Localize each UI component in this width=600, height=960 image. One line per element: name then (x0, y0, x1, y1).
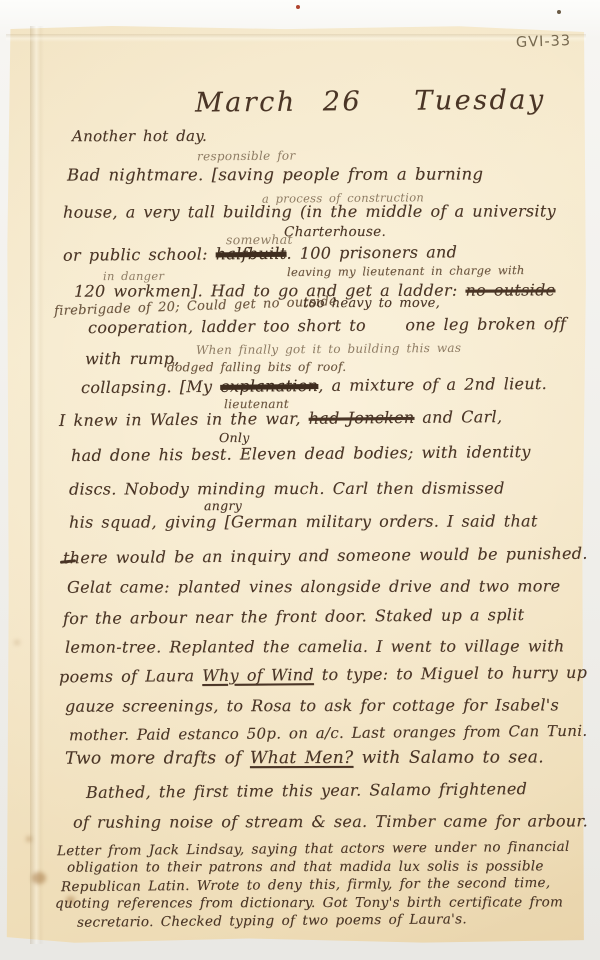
manuscript-line: Letter from Jack Lindsay, saying that ac… (57, 839, 570, 859)
line-text: dodged falling bits of roof. (167, 360, 346, 374)
line-text: mother. Paid estanco 50p. on a/c. Last o… (69, 722, 588, 745)
manuscript-line: with rump, (85, 349, 180, 368)
line-text: Two more drafts of (65, 748, 250, 768)
manuscript-line: Two more drafts of What Men? with Salamo… (65, 747, 544, 768)
manuscript-line: lemon-tree. Replanted the camelia. I wen… (65, 636, 565, 656)
line-text: Charterhouse. (284, 224, 386, 240)
manuscript-line: mother. Paid estanco 50p. on a/c. Last o… (69, 722, 588, 745)
line-text: I knew in Wales in the war, (59, 409, 309, 430)
line-text: collapsing. [My (81, 377, 220, 397)
line-text: Letter from Jack Lindsay, saying that ac… (57, 839, 570, 859)
manuscript-line: cooperation, ladder too short to one leg… (88, 314, 566, 337)
line-text: or public school: (63, 244, 216, 264)
interlinear-insertion: Charterhouse. (284, 224, 386, 240)
manuscript-line: there would be an inquiry and someone wo… (63, 544, 588, 568)
manuscript-line: had done his best. Eleven dead bodies; w… (71, 442, 531, 465)
line-text: had done his best. Eleven dead bodies; w… (71, 442, 531, 465)
line-text: his squad, giving [German military order… (69, 511, 538, 531)
interlinear-insertion: angry (204, 498, 242, 513)
struck-text: had Joncken (309, 408, 415, 428)
manuscript-line: secretario. Checked typing of two poems … (77, 911, 467, 930)
line-text: house, a very tall building (in the midd… (63, 201, 556, 221)
manuscript-line: poems of Laura Why of Wind to type: to M… (59, 663, 587, 687)
line-text: too heavy to move, (303, 296, 440, 311)
manuscript-line: gauze screenings, to Rosa to ask for cot… (65, 695, 559, 715)
manuscript-line: house, a very tall building (in the midd… (63, 201, 556, 221)
interlinear-insertion: too heavy to move, (303, 296, 440, 311)
line-text: there would be an inquiry and someone wo… (63, 544, 588, 568)
line-text: angry (204, 498, 242, 513)
manuscript-line: collapsing. [My explanation, a mixture o… (81, 374, 547, 397)
interlinear-insertion: Only (219, 430, 250, 445)
line-text: responsible for (197, 149, 296, 164)
line-text: gauze screenings, to Rosa to ask for cot… (65, 695, 559, 715)
line-text: . 100 prisoners and (286, 242, 457, 262)
manuscript-line: discs. Nobody minding much. Carl then di… (69, 478, 505, 498)
line-text: , a mixture of a 2nd lieut. (318, 374, 547, 395)
manuscript-line: Bathed, the first time this year. Salamo… (86, 779, 527, 802)
line-text: with rump, (85, 349, 180, 368)
line-text: secretario. Checked typing of two poems … (77, 911, 467, 930)
manuscript-line: quoting references from dictionary. Got … (55, 894, 563, 911)
line-text: When finally got it to building this was (196, 341, 461, 357)
manuscript-line: Gelat came: planted vines alongside driv… (67, 576, 560, 596)
manuscript-line: Another hot day. (72, 127, 207, 145)
line-text: of rushing noise of stream & sea. Timber… (73, 811, 588, 831)
line-text: obligation to their patrons and that mad… (67, 858, 544, 875)
manuscript-text-layer: March 26 Tuesday Another hot day. respon… (0, 0, 600, 960)
manuscript-line: I knew in Wales in the war, had Joncken … (59, 407, 502, 430)
line-text: with Salamo to sea. (353, 747, 544, 767)
line-text: quoting references from dictionary. Got … (55, 894, 563, 911)
line-text: Another hot day. (72, 127, 207, 145)
interlinear-insertion: When finally got it to building this was (196, 341, 461, 357)
line-text: discs. Nobody minding much. Carl then di… (69, 478, 505, 498)
line-text: Bathed, the first time this year. Salamo… (86, 779, 527, 802)
manuscript-line: for the arbour near the front door. Stak… (63, 605, 524, 628)
struck-text: no outside (465, 280, 555, 299)
line-text: Bad nightmare. [saving people from a bur… (67, 164, 483, 184)
manuscript-line: Bad nightmare. [saving people from a bur… (67, 164, 483, 184)
line-text: for the arbour near the front door. Stak… (63, 605, 524, 628)
scan-background: GVI-33 March 26 Tuesday Another hot day.… (0, 0, 600, 960)
line-text: Only (219, 430, 250, 445)
manuscript-line: of rushing noise of stream & sea. Timber… (73, 811, 588, 831)
line-text: lemon-tree. Replanted the camelia. I wen… (65, 636, 565, 656)
interlinear-insertion: leaving my lieutenant in charge with (287, 263, 525, 279)
line-text: Republican Latin. Wrote to deny this, fi… (61, 875, 551, 895)
underlined-title-text: Why of Wind (202, 665, 314, 685)
line-text: poems of Laura (59, 666, 202, 686)
interlinear-insertion: dodged falling bits of roof. (167, 360, 346, 374)
manuscript-line: his squad, giving [German military order… (69, 511, 538, 531)
line-text: leaving my lieutenant in charge with (287, 263, 525, 279)
struck-text: halfbuilt (216, 244, 287, 264)
line-text: and Carl, (414, 407, 502, 427)
manuscript-line: obligation to their patrons and that mad… (67, 858, 544, 875)
line-text: to type: to Miguel to hurry up (314, 663, 587, 684)
line-text: cooperation, ladder too short to one leg… (88, 314, 566, 337)
manuscript-line: or public school: halfbuilt. 100 prisone… (63, 242, 457, 264)
manuscript-line: Republican Latin. Wrote to deny this, fi… (61, 875, 551, 895)
page-title: March 26 Tuesday (195, 84, 546, 118)
line-text: Gelat came: planted vines alongside driv… (67, 576, 560, 596)
underlined-title-text: What Men? (250, 748, 354, 768)
interlinear-insertion: responsible for (197, 149, 296, 164)
struck-text: explanation (220, 376, 318, 396)
